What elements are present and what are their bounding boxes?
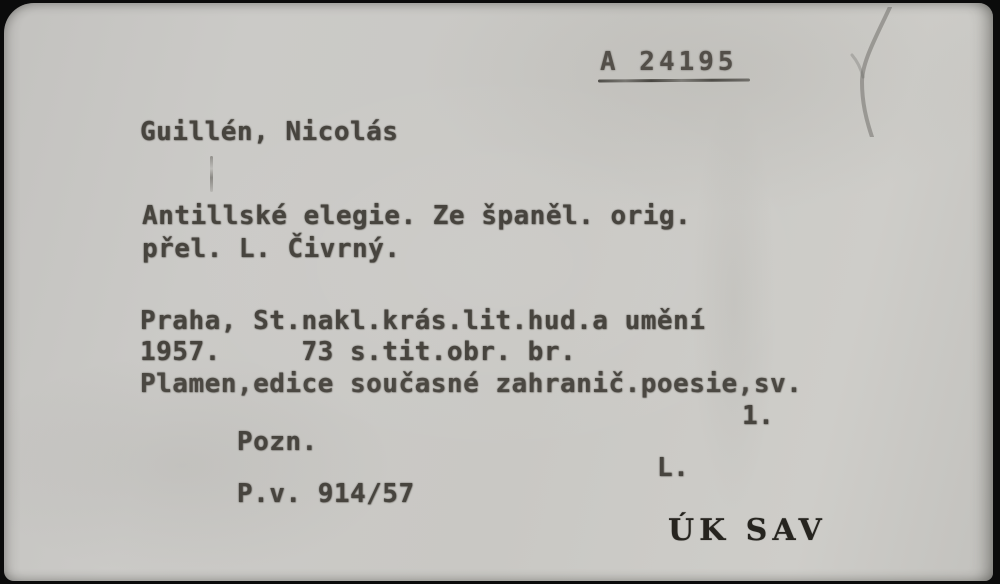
- imprint-line-publisher: Praha, St.nakl.krás.lit.hud.a umění: [140, 308, 705, 334]
- imprint-line-series: Plamen,edice současné zahranič.poesie,sv…: [140, 371, 802, 397]
- accession-number: P.v. 914/57: [237, 479, 415, 509]
- library-stamp: ÚK SAV: [668, 513, 827, 548]
- catalog-card-paper: A 24195 Guillén, Nicolás Antillské elegi…: [4, 3, 993, 581]
- letter-mark: L.: [657, 455, 689, 481]
- call-number-underline: [598, 78, 750, 82]
- author-heading: Guillén, Nicolás: [140, 119, 398, 145]
- call-number: A 24195: [600, 49, 738, 75]
- note-value: 1.: [742, 403, 774, 429]
- title-line-2: přel. L. Čivrný.: [142, 236, 400, 262]
- scanned-catalog-card: A 24195 Guillén, Nicolás Antillské elegi…: [0, 0, 1000, 584]
- title-line-1: Antillské elegie. Ze španěl. orig.: [142, 203, 691, 229]
- pencil-mark: [832, 7, 922, 137]
- imprint-line-year-pages: 1957. 73 s.tit.obr. br.: [140, 339, 576, 365]
- ink-tick-artifact: [210, 156, 213, 192]
- note-label: Pozn.: [237, 427, 318, 457]
